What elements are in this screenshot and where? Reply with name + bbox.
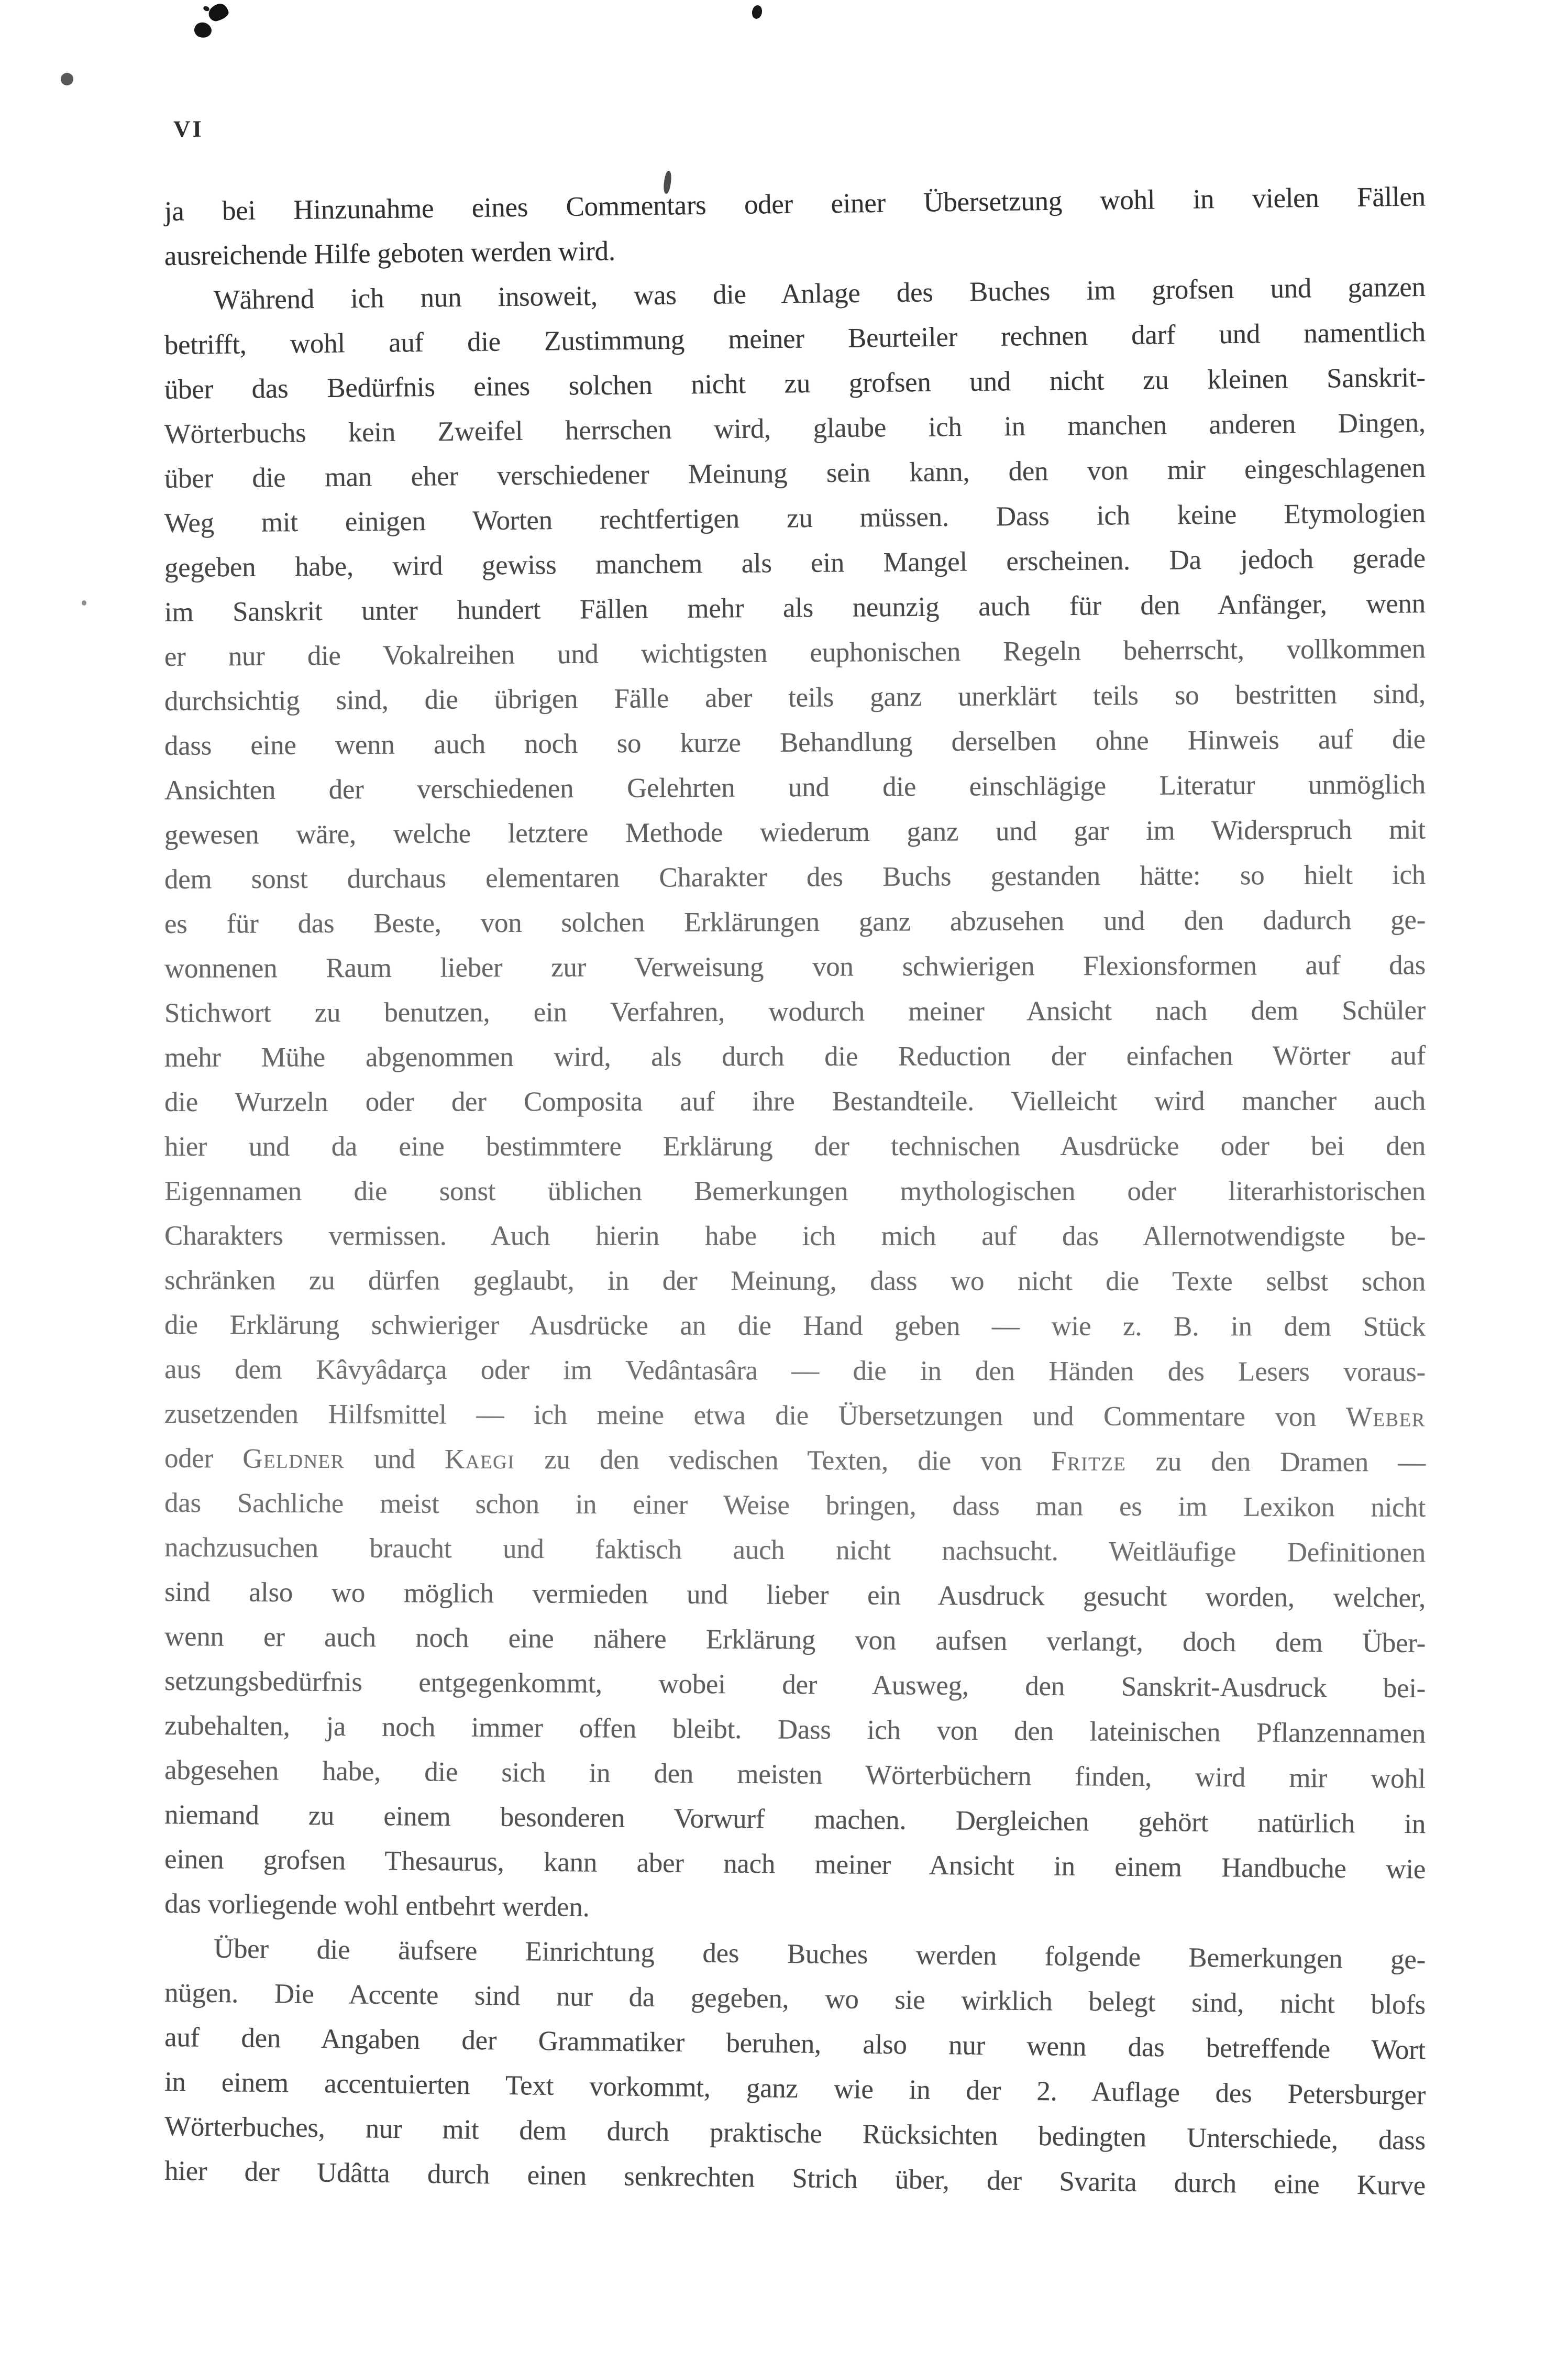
text-segment: ausreichende Hilfe geboten werden wird. bbox=[164, 236, 616, 271]
text-segment: gewesen wäre, welche letztere Methode wi… bbox=[164, 815, 1426, 850]
text-line: setzungsbedürfnis entgegenkommt, wobei d… bbox=[164, 1659, 1426, 1711]
text-segment: die Erklärung schwieriger Ausdrücke an d… bbox=[164, 1310, 1426, 1342]
text-segment: setzungsbedürfnis entgegenkommt, wobei d… bbox=[164, 1666, 1426, 1704]
scholar-name: Weber bbox=[1346, 1402, 1426, 1432]
text-segment: einen grofsen Thesaurus, kann aber nach … bbox=[164, 1844, 1426, 1884]
text-segment: abgesehen habe, die sich in den meisten … bbox=[164, 1755, 1426, 1794]
text-segment: wonnenen Raum lieber zur Verweisung von … bbox=[164, 950, 1426, 984]
text-line: er nur die Vokalreihen und wichtigsten e… bbox=[164, 627, 1426, 679]
text-block: ja bei Hinzunahme eines Commentars oder … bbox=[164, 190, 1426, 2193]
text-segment: Weg mit einigen Worten rechtfertigen zu … bbox=[164, 498, 1426, 539]
text-line: sind also wo möglich vermieden und liebe… bbox=[164, 1570, 1426, 1621]
text-segment: nügen. Die Accente sind nur da gegeben, … bbox=[164, 1978, 1426, 2020]
text-segment: Wörterbuches, nur mit dem durch praktisc… bbox=[164, 2111, 1426, 2156]
text-segment: Charakters vermissen. Auch hierin habe i… bbox=[164, 1221, 1426, 1251]
text-line: zusetzenden Hilfsmittel — ich meine etwa… bbox=[164, 1392, 1426, 1440]
text-segment: hier der Udâtta durch einen senkrechten … bbox=[164, 2156, 1426, 2201]
scholar-name: Kaegi bbox=[445, 1444, 515, 1475]
text-line: Ansichten der verschiedenen Gelehrten un… bbox=[164, 762, 1426, 813]
text-segment: über die man eher verschiedener Meinung … bbox=[164, 453, 1426, 494]
text-line: durchsichtig sind, die übrigen Fälle abe… bbox=[164, 672, 1426, 724]
text-line: gegeben habe, wird gewiss manchem als ei… bbox=[164, 536, 1426, 590]
text-line: schränken zu dürfen geglaubt, in der Mei… bbox=[164, 1258, 1426, 1304]
text-line: hier und da eine bestimmtere Erklärung d… bbox=[164, 1124, 1426, 1169]
ink-dot bbox=[751, 4, 764, 19]
text-line: die Wurzeln oder der Composita auf ihre … bbox=[164, 1079, 1426, 1125]
text-segment: nachzusuchen braucht und faktisch auch n… bbox=[164, 1532, 1426, 1568]
scholar-name: Fritze bbox=[1051, 1446, 1126, 1476]
text-segment: ja bei Hinzunahme eines Commentars oder … bbox=[164, 181, 1426, 227]
text-segment: er nur die Vokalreihen und wichtigsten e… bbox=[164, 633, 1426, 672]
text-line: mehr Mühe abgenommen wird, als durch die… bbox=[164, 1034, 1426, 1080]
paragraph: ja bei Hinzunahme eines Commentars oder … bbox=[164, 190, 1426, 279]
text-line: nachzusuchen braucht und faktisch auch n… bbox=[164, 1525, 1426, 1575]
text-segment: dem sonst durchaus elementaren Charakter… bbox=[164, 860, 1426, 895]
text-segment: in einem accentuierten Text vorkommt, ga… bbox=[164, 2067, 1426, 2111]
text-line: abgesehen habe, die sich in den meisten … bbox=[164, 1748, 1426, 1802]
text-line: Eigennamen die sonst üblichen Bemerkunge… bbox=[164, 1169, 1426, 1214]
text-segment: mehr Mühe abgenommen wird, als durch die… bbox=[164, 1040, 1426, 1073]
text-segment: zu den vedischen Texten, die von bbox=[515, 1444, 1051, 1476]
text-segment: dass eine wenn auch noch so kurze Behand… bbox=[164, 724, 1426, 761]
ink-blot bbox=[192, 20, 213, 40]
text-segment: über das Bedürfnis eines solchen nicht z… bbox=[164, 363, 1426, 405]
text-segment: oder bbox=[164, 1443, 242, 1474]
text-segment: das Sachliche meist schon in einer Weise… bbox=[164, 1488, 1426, 1523]
text-line: wonnenen Raum lieber zur Verweisung von … bbox=[164, 943, 1426, 991]
text-segment: Ansichten der verschiedenen Gelehrten un… bbox=[164, 769, 1426, 806]
text-segment: sind also wo möglich vermieden und liebe… bbox=[164, 1577, 1426, 1613]
text-segment: im Sanskrit unter hundert Fällen mehr al… bbox=[164, 588, 1426, 628]
text-segment: Stichwort zu benutzen, ein Verfahren, wo… bbox=[164, 995, 1426, 1028]
text-line: dass eine wenn auch noch so kurze Behand… bbox=[164, 717, 1426, 768]
text-segment: die Wurzeln oder der Composita auf ihre … bbox=[164, 1085, 1426, 1117]
text-segment: zusetzenden Hilfsmittel — ich meine etwa… bbox=[164, 1399, 1346, 1432]
ink-blot bbox=[207, 2, 230, 23]
page-number: VI bbox=[173, 115, 204, 143]
text-segment: durchsichtig sind, die übrigen Fälle abe… bbox=[164, 679, 1426, 717]
text-segment: Eigennamen die sonst üblichen Bemerkunge… bbox=[164, 1176, 1426, 1206]
text-segment: hier und da eine bestimmtere Erklärung d… bbox=[164, 1131, 1426, 1162]
text-line: gewesen wäre, welche letztere Methode wi… bbox=[164, 808, 1426, 858]
text-segment: zu den Dramen — bbox=[1126, 1446, 1426, 1478]
ink-dot bbox=[82, 600, 86, 606]
text-line: Stichwort zu benutzen, ein Verfahren, wo… bbox=[164, 989, 1426, 1036]
text-line: im Sanskrit unter hundert Fällen mehr al… bbox=[164, 581, 1426, 635]
text-segment: das vorliegende wohl entbehrt werden. bbox=[164, 1888, 590, 1923]
paragraph: Während ich nun insoweit, was die Anlage… bbox=[164, 279, 1426, 1926]
text-line: es für das Beste, von solchen Erklärunge… bbox=[164, 898, 1426, 947]
text-line: oder Geldner und Kaegi zu den vedischen … bbox=[164, 1436, 1426, 1485]
text-segment: Wörterbuchs kein Zweifel herrschen wird,… bbox=[164, 408, 1426, 449]
text-segment: es für das Beste, von solchen Erklärunge… bbox=[164, 905, 1426, 939]
text-line: zubehalten, ja noch immer offen bleibt. … bbox=[164, 1704, 1426, 1756]
text-segment: zubehalten, ja noch immer offen bleibt. … bbox=[164, 1710, 1426, 1749]
text-line: wenn er auch noch eine nähere Erklärung … bbox=[164, 1615, 1426, 1666]
text-line: aus dem Kâvyâdarça oder im Vedântasâra —… bbox=[164, 1347, 1426, 1394]
text-line: das Sachliche meist schon in einer Weise… bbox=[164, 1481, 1426, 1530]
text-segment: betrifft, wohl auf die Zustimmung meiner… bbox=[164, 317, 1426, 360]
text-line: dem sonst durchaus elementaren Charakter… bbox=[164, 853, 1426, 902]
text-segment: und bbox=[345, 1444, 445, 1475]
text-line: Charakters vermissen. Auch hierin habe i… bbox=[164, 1214, 1426, 1259]
text-segment: wenn er auch noch eine nähere Erklärung … bbox=[164, 1621, 1426, 1659]
text-segment: auf den Angaben der Grammatiker beruhen,… bbox=[164, 2022, 1426, 2066]
text-segment: Während ich nun insoweit, was die Anlage… bbox=[214, 272, 1426, 315]
text-line: die Erklärung schwieriger Ausdrücke an d… bbox=[164, 1303, 1426, 1349]
text-segment: schränken zu dürfen geglaubt, in der Mei… bbox=[164, 1265, 1426, 1297]
text-segment: Über die äufsere Einrichtung des Buches … bbox=[214, 1934, 1426, 1975]
scholar-name: Geldner bbox=[242, 1443, 345, 1474]
text-segment: aus dem Kâvyâdarça oder im Vedântasâra —… bbox=[164, 1354, 1426, 1387]
paragraph: Über die äufsere Einrichtung des Buches … bbox=[164, 1926, 1426, 2193]
scanned-book-page: VI ja bei Hinzunahme eines Commentars od… bbox=[0, 0, 1568, 2372]
text-segment: gegeben habe, wird gewiss manchem als ei… bbox=[164, 543, 1426, 583]
ink-dot bbox=[60, 72, 74, 86]
text-segment: niemand zu einem besonderen Vorwurf mach… bbox=[164, 1799, 1426, 1839]
